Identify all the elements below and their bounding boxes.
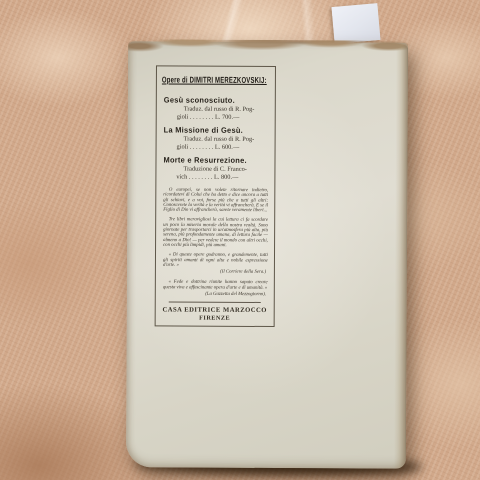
price-line: gioli . . . . . . . . L. 600.—	[177, 144, 268, 151]
book-listing: Gesù sconosciuto. Traduz. dal russo di R…	[164, 95, 268, 121]
review-paragraph: O europei, se non volete ritornare indie…	[163, 187, 268, 213]
book-title: Morte e Resurrezione.	[163, 155, 262, 165]
photo-scene: Opere di DIMITRI MEREZKOVSKIJ: Gesù scon…	[0, 0, 480, 480]
translation-credit: Traduz. dal russo di R. Pog-	[184, 106, 268, 113]
book-listing: La Missione di Gesù. Traduz. dal russo d…	[164, 125, 268, 151]
sticky-note	[331, 3, 380, 44]
translation-credit: Traduz. dal russo di R. Pog-	[184, 136, 268, 143]
divider-rule	[169, 301, 261, 302]
press-quote: « Di queste opere godranno, e grandement…	[163, 252, 268, 268]
review-paragraph: Tre libri meravigliosi la cui lettura ci…	[163, 217, 268, 248]
book-listings: Gesù sconosciuto. Traduz. dal russo di R…	[163, 95, 267, 181]
torn-top-edge	[128, 39, 408, 55]
quote-source: (La Gazzetta del Mezzogiorno).	[163, 291, 266, 297]
price-line: gioli . . . . . . . . L. 700.—	[177, 114, 268, 121]
book-title: La Missione di Gesù.	[164, 125, 263, 135]
quote-source: (Il Corriere della Sera.)	[163, 269, 266, 275]
publisher-name: CASA EDITRICE MARZOCCO	[156, 306, 274, 314]
price-line: vich . . . . . . . . L. 800.—	[176, 174, 267, 181]
publisher-imprint: CASA EDITRICE MARZOCCO FIRENZE	[156, 306, 274, 322]
publisher-ad-box: Opere di DIMITRI MEREZKOVSKIJ: Gesù scon…	[155, 65, 276, 327]
publisher-city: FIRENZE	[156, 314, 274, 322]
ad-box-header: Opere di DIMITRI MEREZKOVSKIJ:	[162, 74, 267, 85]
translation-credit: Traduzione di C. Franco-	[183, 166, 267, 173]
press-review-section: O europei, se non volete ritornare indie…	[163, 187, 268, 297]
press-quote: « Fede e dottrina riunite hanno saputo c…	[163, 280, 268, 291]
page-fore-edge	[394, 45, 408, 469]
book-back-cover: Opere di DIMITRI MEREZKOVSKIJ: Gesù scon…	[126, 41, 408, 468]
book-title: Gesù sconosciuto.	[164, 95, 263, 105]
book-listing: Morte e Resurrezione. Traduzione di C. F…	[163, 155, 267, 181]
